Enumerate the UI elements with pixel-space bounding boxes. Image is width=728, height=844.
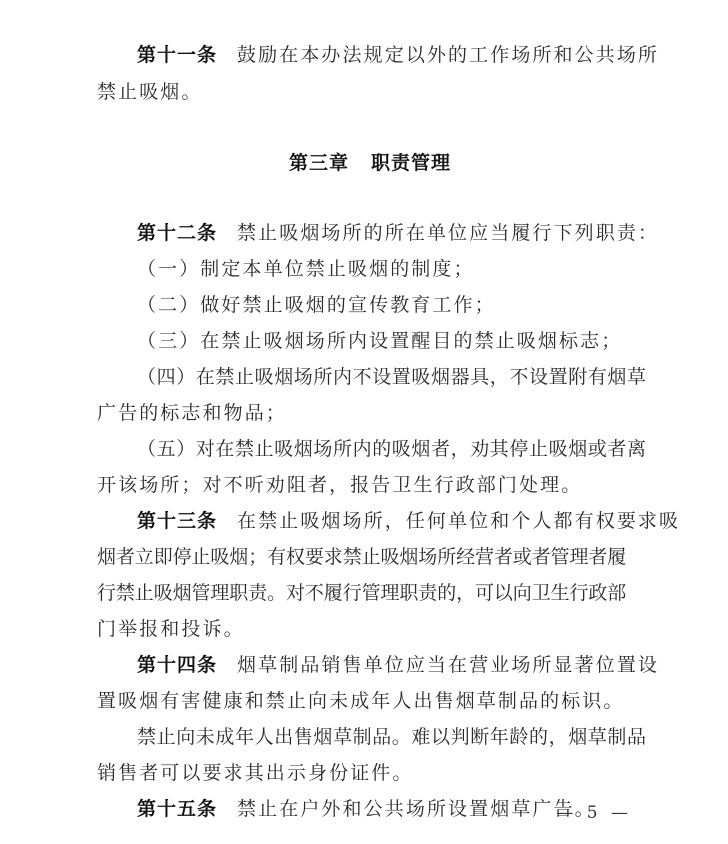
article-12-item-2: （二）做好禁止吸烟的宣传教育工作；	[137, 290, 643, 320]
article-13-line-1: 第十三条在禁止吸烟场所，任何单位和个人都有权要求吸	[137, 506, 643, 536]
article-14-line-2: 置吸烟有害健康和禁止向未成年人出售烟草制品的标识。	[97, 686, 643, 716]
article-13-line-4: 门举报和投诉。	[97, 614, 643, 644]
chapter-number: 第三章	[289, 152, 349, 174]
article-12-label: 第十二条	[137, 222, 217, 244]
article-12-item-4: （四）在禁止吸烟场所内不设置吸烟器具，不设置附有烟草	[137, 362, 643, 392]
chapter-title: 职责管理	[371, 152, 451, 174]
article-14-para-2-line-1: 禁止向未成年人出售烟草制品。难以判断年龄的，烟草制品	[137, 722, 643, 752]
page-number: — 5 —	[556, 803, 632, 823]
article-12-item-5-cont: 开该场所；对不听劝阻者，报告卫生行政部门处理。	[97, 470, 643, 500]
article-15-label: 第十五条	[137, 798, 217, 820]
article-14-para-2-line-2: 销售者可以要求其出示身份证件。	[97, 758, 643, 788]
article-14-line-1: 第十四条烟草制品销售单位应当在营业场所显著位置设	[137, 650, 643, 680]
article-11-label: 第十一条	[137, 44, 217, 66]
article-12-item-1: （一）制定本单位禁止吸烟的制度；	[137, 254, 643, 284]
article-13-text: 在禁止吸烟场所，任何单位和个人都有权要求吸	[237, 510, 680, 532]
article-12-item-4-cont: 广告的标志和物品；	[97, 398, 643, 428]
article-12-intro: 第十二条禁止吸烟场所的所在单位应当履行下列职责：	[137, 218, 643, 248]
article-11-line-2: 禁止吸烟。	[97, 77, 643, 107]
article-13-line-3: 行禁止吸烟管理职责。对不履行管理职责的，可以向卫生行政部	[97, 578, 643, 608]
article-12-text: 禁止吸烟场所的所在单位应当履行下列职责：	[237, 222, 659, 244]
article-15-text: 禁止在户外和公共场所设置烟草广告。	[237, 798, 596, 820]
article-11-line-1: 第十一条鼓励在本办法规定以外的工作场所和公共场所	[137, 40, 643, 70]
article-13-line-2: 烟者立即停止吸烟；有权要求禁止吸烟场所经营者或者管理者履	[97, 542, 643, 572]
article-14-text: 烟草制品销售单位应当在营业场所显著位置设	[237, 654, 659, 676]
article-14-label: 第十四条	[137, 654, 217, 676]
article-11-text: 鼓励在本办法规定以外的工作场所和公共场所	[237, 44, 659, 66]
article-12-item-3: （三）在禁止吸烟场所内设置醒目的禁止吸烟标志；	[137, 326, 643, 356]
chapter-heading: 第三章职责管理	[97, 148, 643, 175]
article-12-item-5: （五）对在禁止吸烟场所内的吸烟者，劝其停止吸烟或者离	[137, 434, 643, 464]
article-13-label: 第十三条	[137, 510, 217, 532]
